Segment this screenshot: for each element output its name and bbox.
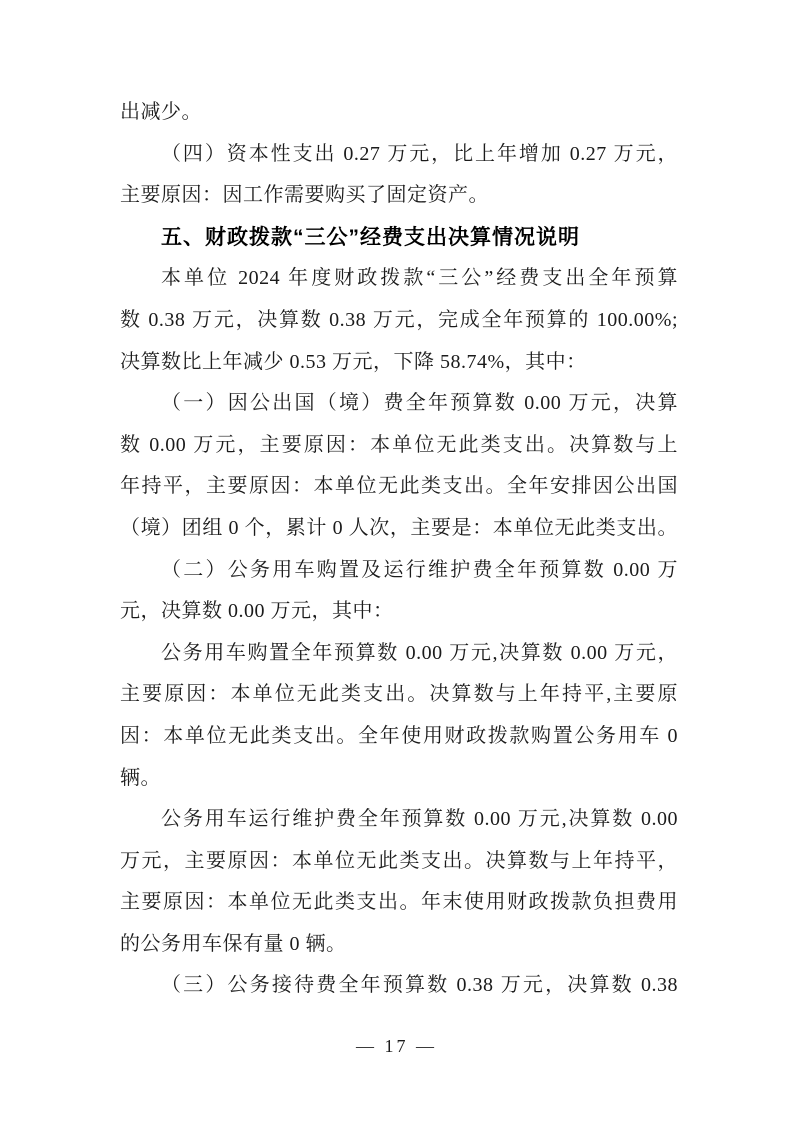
text-line: （二）公务用车购置及运行维护费全年预算数 0.00 万 <box>120 550 678 592</box>
page-number: — 17 — <box>0 1036 793 1057</box>
text-line: 主要原因：本单位无此类支出。年末使用财政拨款负担费用 <box>120 882 678 924</box>
text-line: 决算数比上年减少 0.53 万元，下降 58.74%，其中： <box>120 342 678 384</box>
text-line: 数 0.38 万元，决算数 0.38 万元，完成全年预算的 100.00%; <box>120 300 678 342</box>
text-line: 的公务用车保有量 0 辆。 <box>120 924 678 966</box>
text-line: （三）公务接待费全年预算数 0.38 万元，决算数 0.38 <box>120 965 678 1007</box>
text-line: 数 0.00 万元，主要原因：本单位无此类支出。决算数与上 <box>120 425 678 467</box>
section-heading-three-public-funds: 五、财政拨款“三公”经费支出决算情况说明 <box>120 217 678 259</box>
text-line: （一）因公出国（境）费全年预算数 0.00 万元，决算 <box>120 383 678 425</box>
text-line: 元，决算数 0.00 万元，其中： <box>120 591 678 633</box>
text-line: 年持平，主要原因：本单位无此类支出。全年安排因公出国 <box>120 466 678 508</box>
text-line: 本单位 2024 年度财政拨款“三公”经费支出全年预算 <box>120 258 678 300</box>
text-line: （境）团组 0 个，累计 0 人次，主要是：本单位无此类支出。 <box>120 508 678 550</box>
text-line: 出减少。 <box>120 92 678 134</box>
text-line: 公务用车运行维护费全年预算数 0.00 万元,决算数 0.00 <box>120 799 678 841</box>
text-line: 辆。 <box>120 758 678 800</box>
document-body: 出减少。 （四）资本性支出 0.27 万元，比上年增加 0.27 万元， 主要原… <box>120 92 678 1007</box>
text-line: 主要原因：因工作需要购买了固定资产。 <box>120 175 678 217</box>
text-line: 因：本单位无此类支出。全年使用财政拨款购置公务用车 0 <box>120 716 678 758</box>
text-line: （四）资本性支出 0.27 万元，比上年增加 0.27 万元， <box>120 134 678 176</box>
text-line: 主要原因：本单位无此类支出。决算数与上年持平,主要原 <box>120 674 678 716</box>
document-page: 出减少。 （四）资本性支出 0.27 万元，比上年增加 0.27 万元， 主要原… <box>0 0 793 1122</box>
text-line: 万元，主要原因：本单位无此类支出。决算数与上年持平， <box>120 841 678 883</box>
text-line: 公务用车购置全年预算数 0.00 万元,决算数 0.00 万元， <box>120 633 678 675</box>
